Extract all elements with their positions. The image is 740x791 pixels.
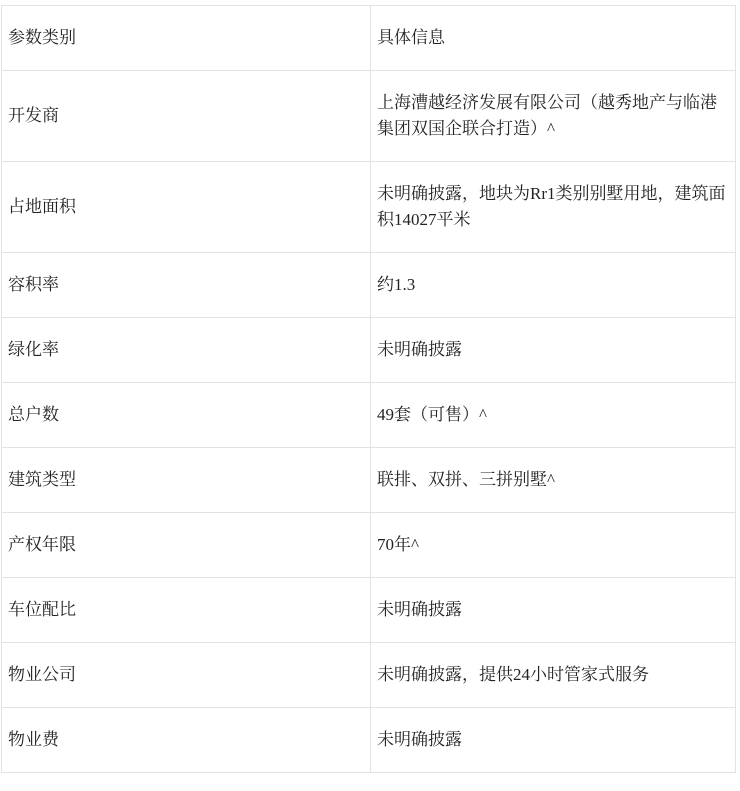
table-row: 产权年限 70年^ <box>2 513 736 578</box>
param-cell: 车位配比 <box>2 578 371 643</box>
table-row: 容积率 约1.3 <box>2 253 736 318</box>
param-cell: 物业费 <box>2 708 371 773</box>
value-cell: 未明确披露 <box>371 708 736 773</box>
value-cell: 70年^ <box>371 513 736 578</box>
column-header-param: 参数类别 <box>2 6 371 71</box>
param-cell: 占地面积 <box>2 162 371 253</box>
table-header-row: 参数类别 具体信息 <box>2 6 736 71</box>
property-info-table: 参数类别 具体信息 开发商 上海漕越经济发展有限公司（越秀地产与临港集团双国企联… <box>1 5 736 773</box>
param-cell: 建筑类型 <box>2 448 371 513</box>
table-row: 物业费 未明确披露 <box>2 708 736 773</box>
table-row: 开发商 上海漕越经济发展有限公司（越秀地产与临港集团双国企联合打造）^ <box>2 71 736 162</box>
param-cell: 总户数 <box>2 383 371 448</box>
table-row: 总户数 49套（可售）^ <box>2 383 736 448</box>
property-info-table-container: 参数类别 具体信息 开发商 上海漕越经济发展有限公司（越秀地产与临港集团双国企联… <box>0 0 740 776</box>
value-cell: 未明确披露，提供24小时管家式服务 <box>371 643 736 708</box>
table-row: 车位配比 未明确披露 <box>2 578 736 643</box>
param-cell: 容积率 <box>2 253 371 318</box>
table-row: 建筑类型 联排、双拼、三拼别墅^ <box>2 448 736 513</box>
value-cell: 联排、双拼、三拼别墅^ <box>371 448 736 513</box>
param-cell: 产权年限 <box>2 513 371 578</box>
param-cell: 开发商 <box>2 71 371 162</box>
param-cell: 绿化率 <box>2 318 371 383</box>
value-cell: 未明确披露 <box>371 318 736 383</box>
table-row: 物业公司 未明确披露，提供24小时管家式服务 <box>2 643 736 708</box>
param-cell: 物业公司 <box>2 643 371 708</box>
value-cell: 上海漕越经济发展有限公司（越秀地产与临港集团双国企联合打造）^ <box>371 71 736 162</box>
value-cell: 未明确披露 <box>371 578 736 643</box>
value-cell: 约1.3 <box>371 253 736 318</box>
table-row: 绿化率 未明确披露 <box>2 318 736 383</box>
column-header-value: 具体信息 <box>371 6 736 71</box>
value-cell: 49套（可售）^ <box>371 383 736 448</box>
value-cell: 未明确披露，地块为Rr1类别别墅用地，建筑面积14027平米 <box>371 162 736 253</box>
table-row: 占地面积 未明确披露，地块为Rr1类别别墅用地，建筑面积14027平米 <box>2 162 736 253</box>
